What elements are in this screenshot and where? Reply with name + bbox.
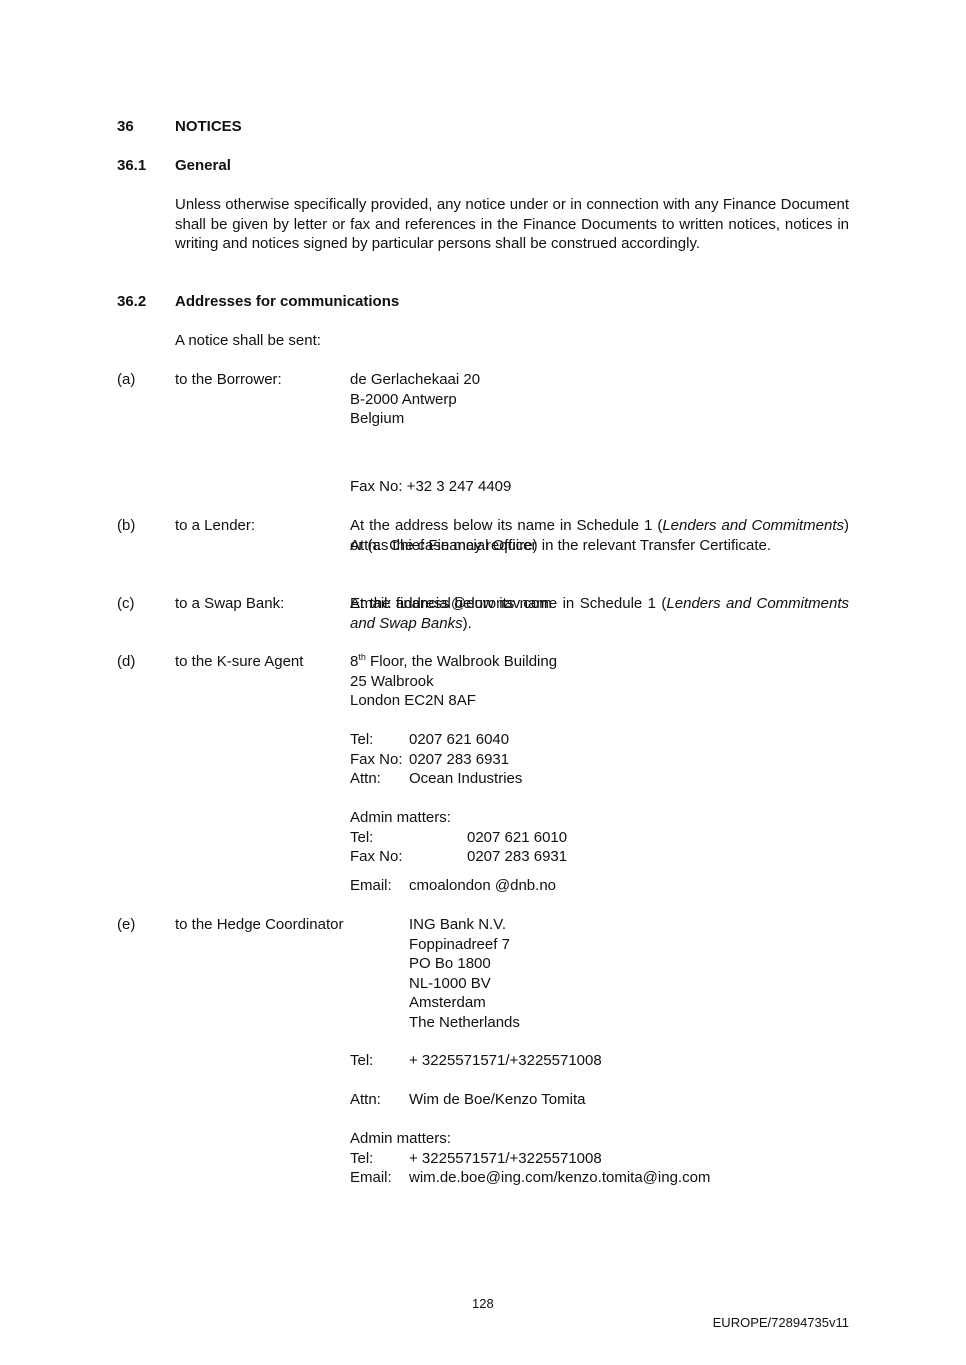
section-number: 36 (117, 117, 134, 137)
addresses-intro: A notice shall be sent: (175, 331, 321, 351)
ksure-address: 8th Floor, the Walbrook Building 25 Walb… (350, 652, 557, 711)
ksure-email: Email:cmoalondon @dnb.no (350, 876, 556, 896)
item-d-label: (d) (117, 652, 135, 672)
clause-title-addresses: Addresses for communications (175, 292, 399, 312)
hedge-admin: Admin matters: Tel:+ 3225571571/+3225571… (350, 1129, 710, 1188)
item-c-recipient: to a Swap Bank: (175, 594, 284, 614)
general-body: Unless otherwise specifically provided, … (175, 195, 849, 254)
item-b-label: (b) (117, 516, 135, 536)
page-number: 128 (472, 1294, 494, 1314)
ksure-contact: Tel:0207 621 6040 Fax No:0207 283 6931 A… (350, 730, 522, 789)
hedge-address: ING Bank N.V. Foppinadreef 7 PO Bo 1800 … (409, 915, 520, 1032)
item-d-recipient: to the K-sure Agent (175, 652, 303, 672)
document-reference: EUROPE/72894735v11 (713, 1313, 849, 1333)
item-b-recipient: to a Lender: (175, 516, 255, 536)
borrower-address: de Gerlachekaai 20 B-2000 Antwerp Belgiu… (350, 370, 480, 429)
item-a-label: (a) (117, 370, 135, 390)
section-title: NOTICES (175, 117, 242, 137)
item-c-label: (c) (117, 594, 135, 614)
hedge-attn: Attn:Wim de Boe/Kenzo Tomita (350, 1090, 585, 1110)
item-e-label: (e) (117, 915, 135, 935)
clause-number-addresses: 36.2 (117, 292, 146, 312)
lender-address-text: At the address below its name in Schedul… (350, 516, 849, 555)
clause-title-general: General (175, 156, 231, 176)
clause-number-general: 36.1 (117, 156, 146, 176)
swap-bank-address-text: At the address below its name in Schedul… (350, 594, 849, 633)
ksure-admin: Admin matters: Tel:0207 621 6010 Fax No:… (350, 808, 567, 867)
item-e-recipient: to the Hedge Coordinator (175, 915, 343, 935)
hedge-tel: Tel:+ 3225571571/+3225571008 (350, 1051, 602, 1071)
item-a-recipient: to the Borrower: (175, 370, 282, 390)
